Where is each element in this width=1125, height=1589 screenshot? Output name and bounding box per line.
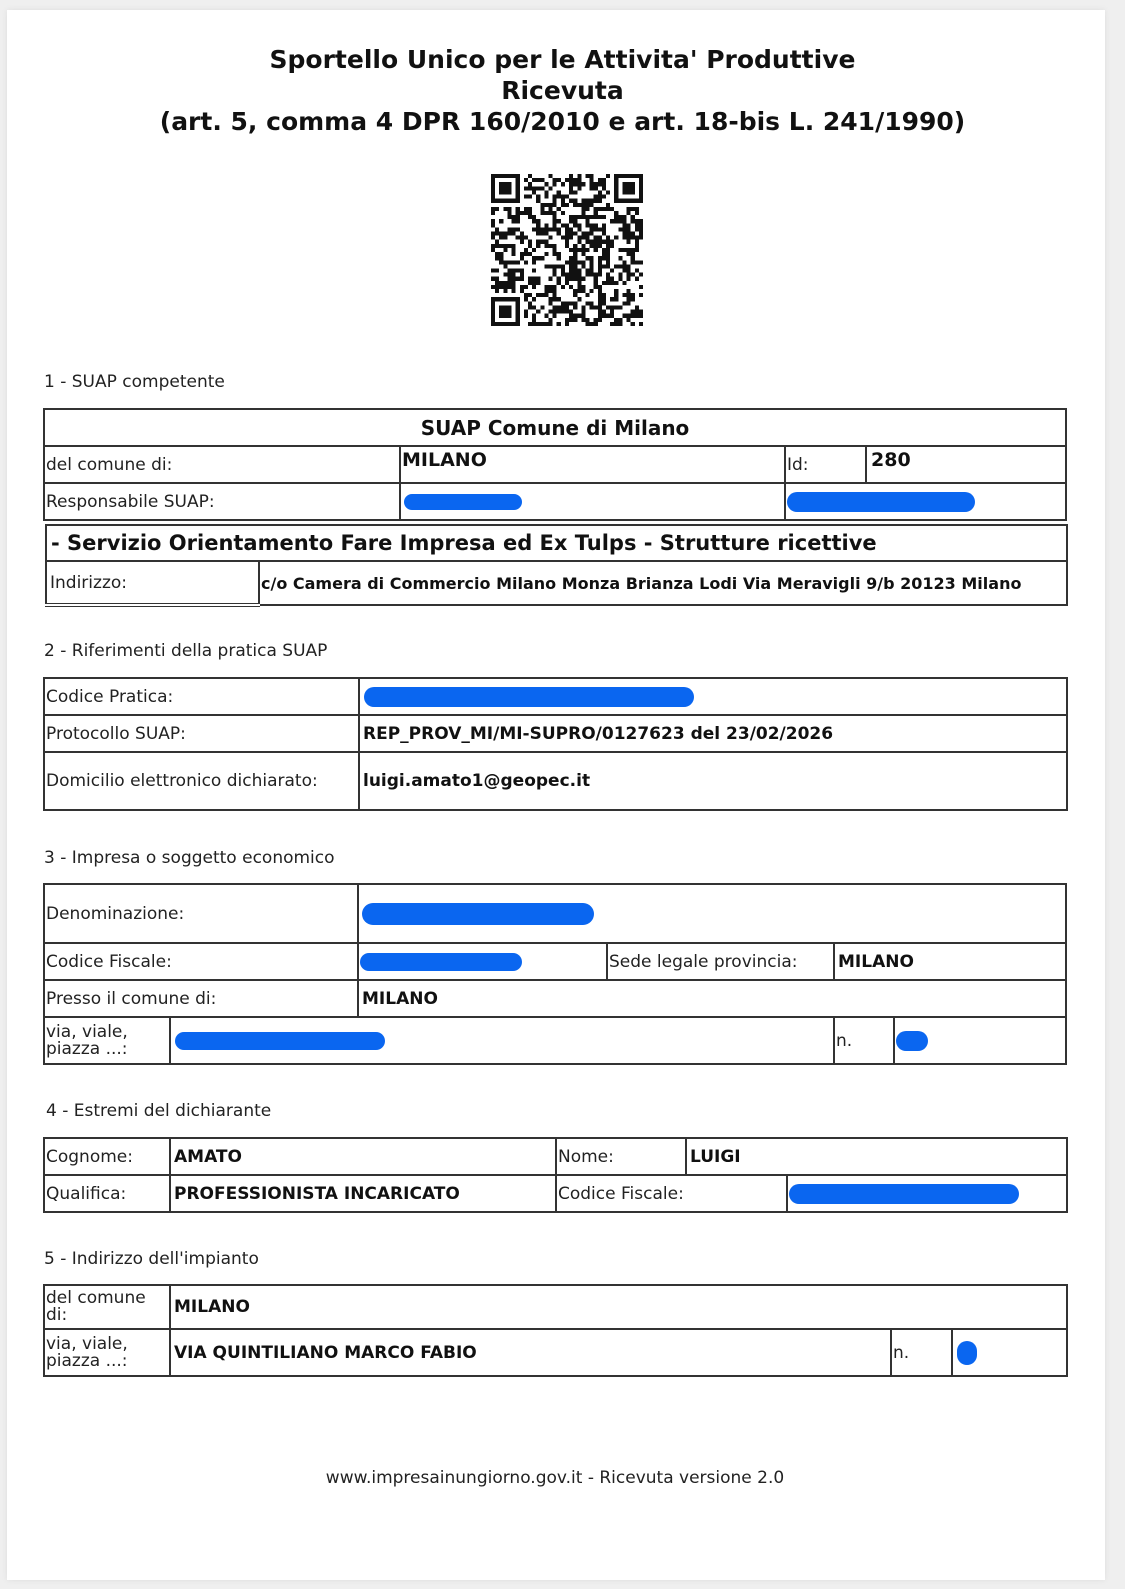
domicilio-label: Domicilio elettronico dichiarato: <box>44 752 359 810</box>
comune-value: MILANO <box>400 446 785 483</box>
section-1-label: 1 - SUAP competente <box>44 372 225 392</box>
redaction-mark <box>957 1341 977 1365</box>
redaction-mark <box>789 1184 1019 1204</box>
qualifica-value: PROFESSIONISTA INCARICATO <box>170 1175 556 1212</box>
responsabile-extra <box>785 483 1066 520</box>
via-impresa-value <box>170 1017 834 1064</box>
sede-label: Sede legale provincia: <box>607 943 834 980</box>
codice-pratica-value <box>359 678 1067 715</box>
impianto-table: del comune di: MILANO via, viale, piazza… <box>43 1284 1068 1377</box>
denominazione-value <box>358 884 1066 943</box>
redaction-mark <box>175 1032 385 1050</box>
qr-code-image <box>491 174 643 326</box>
nome-label: Nome: <box>556 1138 686 1175</box>
n-impianto-value <box>952 1329 1067 1376</box>
redaction-mark <box>362 903 594 925</box>
comune-impianto-label: del comune di: <box>44 1285 170 1329</box>
id-value: 280 <box>866 446 1066 483</box>
cf-dichiarante-value <box>787 1175 1067 1212</box>
cf-impresa-value <box>358 943 607 980</box>
servizio-name: - Servizio Orientamento Fare Impresa ed … <box>46 525 1067 561</box>
section-2-label: 2 - Riferimenti della pratica SUAP <box>44 641 327 661</box>
via-impianto-value: VIA QUINTILIANO MARCO FABIO <box>170 1329 891 1376</box>
redaction-mark <box>896 1031 928 1051</box>
footer-text: www.impresainungiorno.gov.it - Ricevuta … <box>0 1468 1110 1488</box>
protocollo-value: REP_PROV_MI/MI-SUPRO/0127623 del 23/02/2… <box>359 715 1067 752</box>
via-impresa-label: via, viale, piazza ...: <box>44 1017 170 1064</box>
document-title: Sportello Unico per le Attivita' Produtt… <box>0 44 1125 137</box>
suap-name: SUAP Comune di Milano <box>44 409 1066 446</box>
redaction-mark <box>360 953 522 971</box>
cognome-label: Cognome: <box>44 1138 170 1175</box>
dichiarante-table: Cognome: AMATO Nome: LUIGI Qualifica: PR… <box>43 1137 1068 1213</box>
title-line-1: Sportello Unico per le Attivita' Produtt… <box>0 44 1125 75</box>
servizio-table: - Servizio Orientamento Fare Impresa ed … <box>45 524 1068 607</box>
responsabile-value <box>400 483 785 520</box>
cf-impresa-label: Codice Fiscale: <box>44 943 358 980</box>
n-impresa-label: n. <box>834 1017 894 1064</box>
n-impianto-label: n. <box>891 1329 952 1376</box>
denominazione-label: Denominazione: <box>44 884 358 943</box>
suap-table: SUAP Comune di Milano del comune di: MIL… <box>43 408 1067 521</box>
domicilio-value: luigi.amato1@geopec.it <box>359 752 1067 810</box>
qualifica-label: Qualifica: <box>44 1175 170 1212</box>
n-impresa-value <box>894 1017 1066 1064</box>
indirizzo-label: Indirizzo: <box>46 561 259 605</box>
protocollo-label: Protocollo SUAP: <box>44 715 359 752</box>
presso-label: Presso il comune di: <box>44 980 358 1017</box>
responsabile-label: Responsabile SUAP: <box>44 483 400 520</box>
redaction-mark <box>787 492 975 512</box>
presso-value: MILANO <box>358 980 1066 1017</box>
cognome-value: AMATO <box>170 1138 556 1175</box>
redaction-mark <box>364 687 694 707</box>
indirizzo-value: c/o Camera di Commercio Milano Monza Bri… <box>259 561 1067 605</box>
cf-dichiarante-label: Codice Fiscale: <box>556 1175 787 1212</box>
sede-value: MILANO <box>834 943 1066 980</box>
section-4-label: 4 - Estremi del dichiarante <box>46 1101 271 1121</box>
title-line-3: (art. 5, comma 4 DPR 160/2010 e art. 18-… <box>0 106 1125 137</box>
section-3-label: 3 - Impresa o soggetto economico <box>44 848 335 868</box>
pratica-table: Codice Pratica: Protocollo SUAP: REP_PRO… <box>43 677 1068 811</box>
codice-pratica-label: Codice Pratica: <box>44 678 359 715</box>
via-impianto-label: via, viale, piazza ...: <box>44 1329 170 1376</box>
impresa-table: Denominazione: Codice Fiscale: Sede lega… <box>43 883 1067 1065</box>
id-label: Id: <box>785 446 866 483</box>
nome-value: LUIGI <box>686 1138 1067 1175</box>
comune-impianto-value: MILANO <box>170 1285 1067 1329</box>
section-5-label: 5 - Indirizzo dell'impianto <box>44 1249 259 1269</box>
redaction-mark <box>404 494 522 510</box>
title-line-2: Ricevuta <box>0 75 1125 106</box>
comune-label: del comune di: <box>44 446 400 483</box>
